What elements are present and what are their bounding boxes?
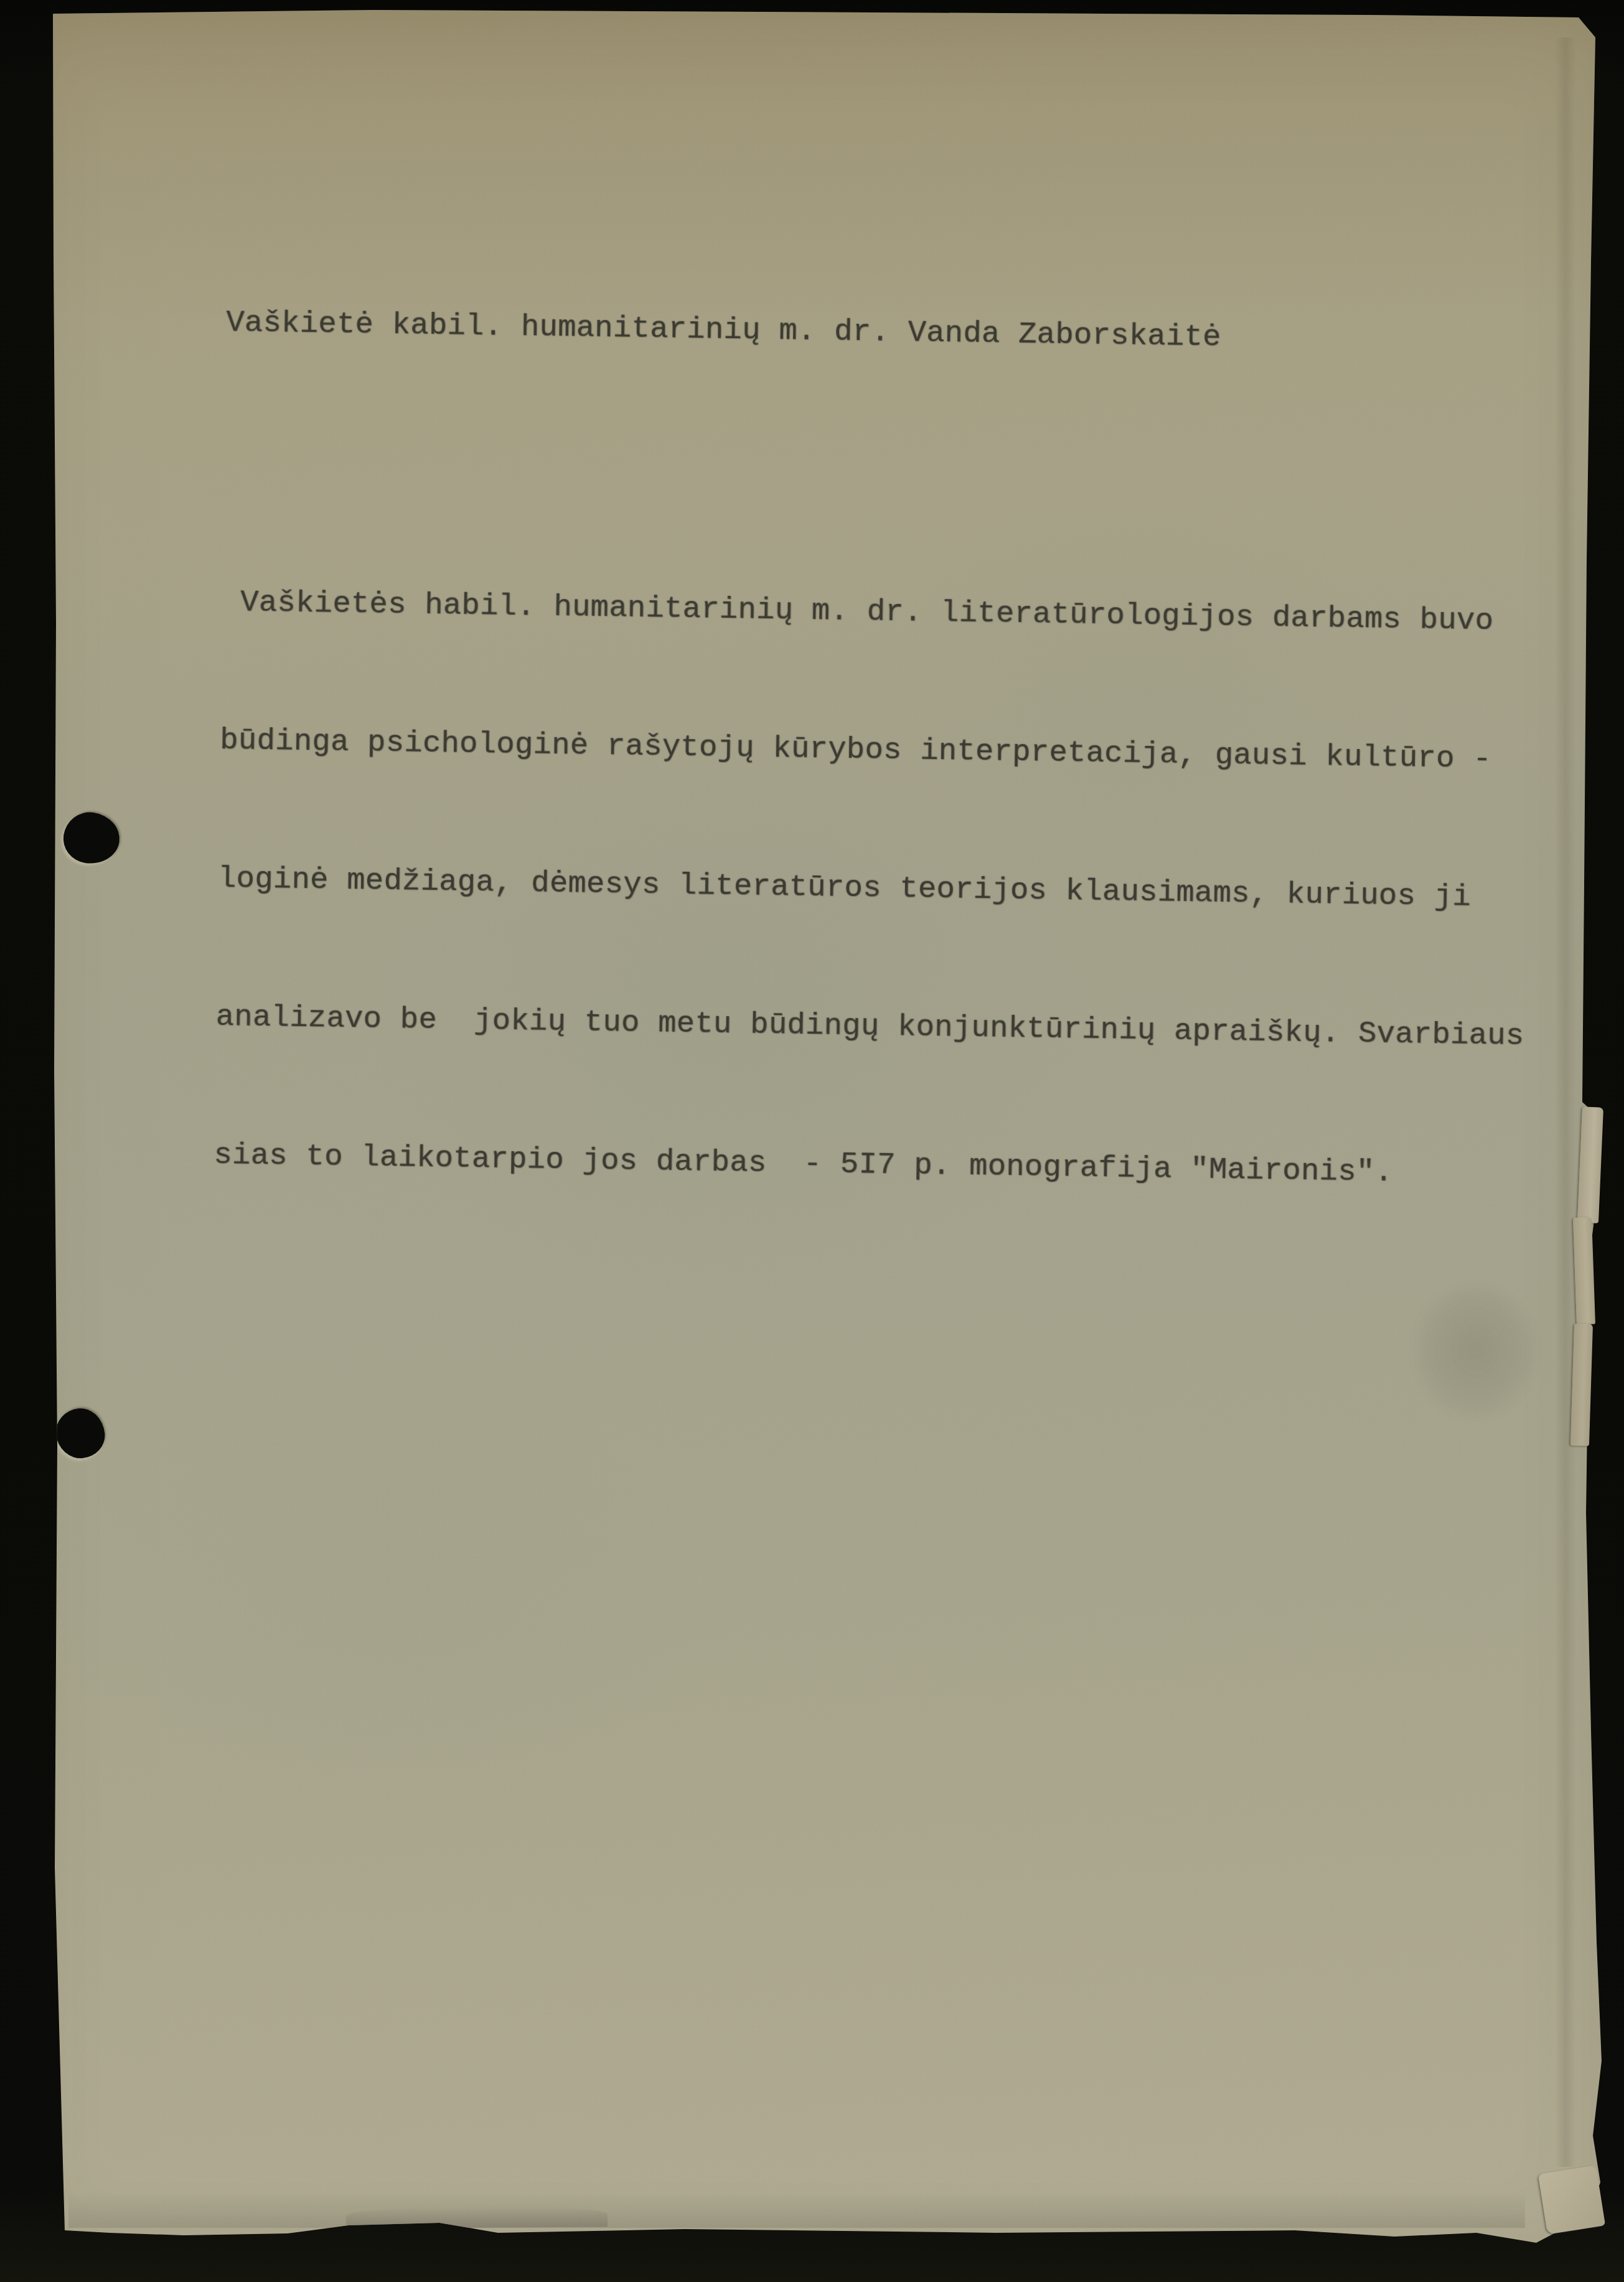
typed-text-block: Vaškietė kabil. humanitarinių m. dr. Van… (212, 207, 1536, 1290)
typed-paragraph-line: loginė medžiaga, dėmesys literatūros teo… (217, 856, 1526, 921)
typed-paragraph-line: Vaškietės habil. humanitarinių m. dr. li… (222, 579, 1531, 644)
typed-paragraph-line: būdinga psichologinė rašytojų kūrybos in… (220, 717, 1529, 783)
blank-line-gap (223, 438, 1532, 506)
torn-edge-flap (1570, 1324, 1593, 1446)
right-edge-crease (1555, 37, 1576, 2167)
torn-corner-flap (1538, 2165, 1605, 2234)
torn-edge-flap (1573, 1217, 1595, 1325)
bottom-edge-crease (68, 2192, 1525, 2228)
document-page: Vaškietė kabil. humanitarinių m. dr. Van… (0, 0, 1624, 2282)
typed-title-line: Vaškietė kabil. humanitarinių m. dr. Van… (226, 299, 1535, 365)
typed-paragraph-line: sias to laikotarpio jos darbas - 5I7 p. … (214, 1132, 1523, 1197)
typed-paragraph-line: analizavo be jokių tuo metu būdingų konj… (215, 994, 1524, 1059)
